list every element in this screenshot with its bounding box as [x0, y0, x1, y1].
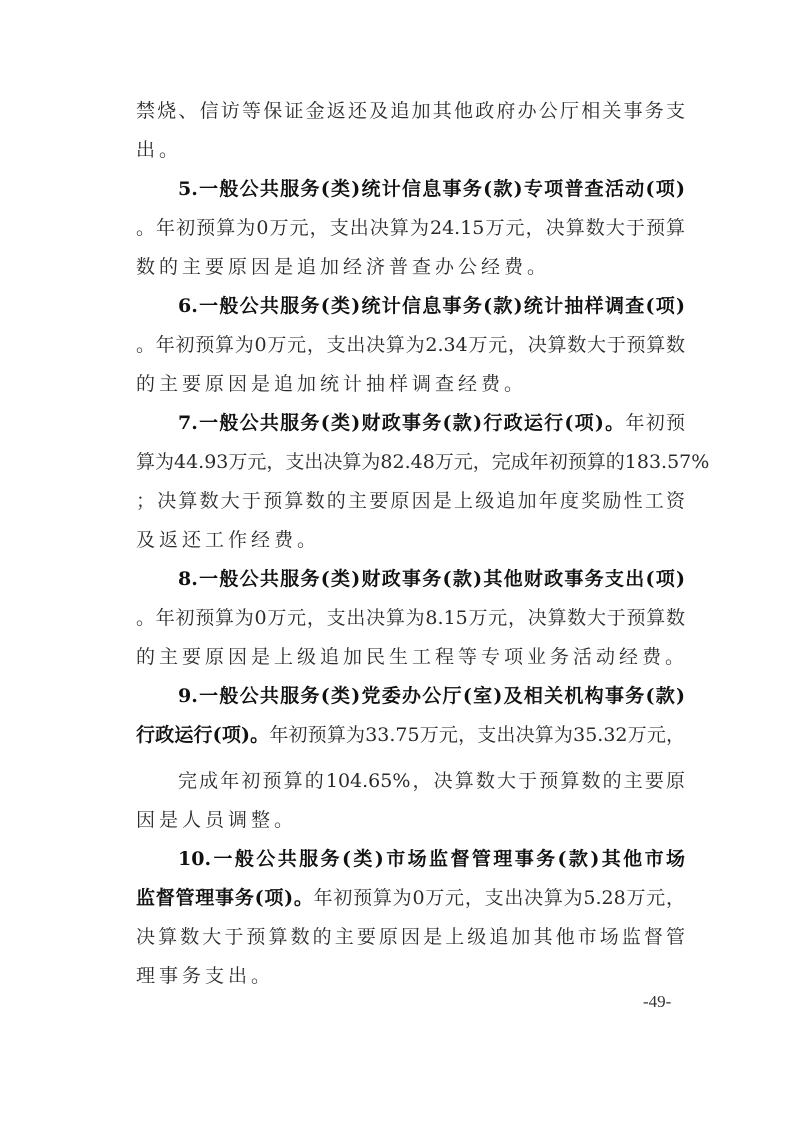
- body-text: ；决算数大于预算数的主要原因是上级追加年度奖励性工资: [136, 490, 685, 512]
- body-text: 数的主要原因是追加经济普查办公经费。: [136, 256, 550, 278]
- body-text: 及返还工作经费。: [136, 529, 320, 551]
- document-page: 禁烧、信访等保证金返还及追加其他政府办公厅相关事务支出。5.一般公共服务(类)统…: [0, 0, 793, 1122]
- text-line: 监督管理事务(项)。年初预算为0万元，支出决算为5.28万元，: [136, 883, 685, 913]
- body-text: 禁烧、信访等保证金返还及追加其他政府办公厅相关事务支: [136, 100, 685, 122]
- text-line: 8.一般公共服务(类)财政事务(款)其他财政事务支出(项): [178, 564, 685, 594]
- text-line: 数的主要原因是追加经济普查办公经费。: [136, 252, 685, 282]
- item-heading: 8.一般公共服务(类)财政事务(款)其他财政事务支出(项): [178, 568, 685, 590]
- text-line: 决算数大于预算数的主要原因是上级追加其他市场监督管: [136, 922, 685, 952]
- text-line: 行政运行(项)。年初预算为33.75万元，支出决算为35.32万元，: [136, 720, 685, 750]
- body-text: 决算数大于预算数的主要原因是上级追加其他市场监督管: [136, 926, 685, 948]
- body-text: 的主要原因是上级追加民生工程等专项业务活动经费。: [136, 646, 688, 668]
- text-line: 。年初预算为0万元，支出决算为24.15万元，决算数大于预算: [136, 213, 685, 243]
- text-line: 出。: [136, 135, 685, 165]
- text-line: 5.一般公共服务(类)统计信息事务(款)专项普查活动(项): [178, 174, 685, 204]
- item-heading: 行政运行(项)。: [136, 724, 269, 746]
- body-text: 。年初预算为0万元，支出决算为2.34万元，决算数大于预算数: [136, 334, 685, 356]
- text-line: 及返还工作经费。: [136, 525, 685, 555]
- item-heading: 7.一般公共服务(类)财政事务(款)行政运行(项)。: [178, 412, 625, 434]
- body-text: 算为44.93万元，支出决算为82.48万元，完成年初预算的183.57%: [136, 451, 709, 473]
- text-line: 的主要原因是上级追加民生工程等专项业务活动经费。: [136, 642, 685, 672]
- text-line: 理事务支出。: [136, 961, 685, 991]
- text-line: 10.一般公共服务(类)市场监督管理事务(款)其他市场: [178, 844, 685, 874]
- body-text: 年初预: [625, 412, 685, 434]
- body-text: 因是人员调整。: [136, 809, 297, 831]
- body-text: 理事务支出。: [136, 965, 274, 987]
- item-heading: 5.一般公共服务(类)统计信息事务(款)专项普查活动(项): [178, 178, 685, 200]
- item-heading: 10.一般公共服务(类)市场监督管理事务(款)其他市场: [178, 848, 685, 870]
- body-text: 完成年初预算的104.65%，决算数大于预算数的主要原: [178, 770, 685, 792]
- text-line: 。年初预算为0万元，支出决算为2.34万元，决算数大于预算数: [136, 330, 685, 360]
- text-line: 禁烧、信访等保证金返还及追加其他政府办公厅相关事务支: [136, 96, 685, 126]
- body-text: 出。: [136, 139, 182, 161]
- body-text: 的主要原因是追加统计抽样调查经费。: [136, 373, 527, 395]
- page-number: -49-: [643, 992, 671, 1012]
- body-text: 。年初预算为0万元，支出决算为8.15万元，决算数大于预算数: [136, 607, 685, 629]
- text-line: 。年初预算为0万元，支出决算为8.15万元，决算数大于预算数: [136, 603, 685, 633]
- item-heading: 9.一般公共服务(类)党委办公厅(室)及相关机构事务(款): [178, 685, 685, 707]
- text-line: 的主要原因是追加统计抽样调查经费。: [136, 369, 685, 399]
- text-line: 完成年初预算的104.65%，决算数大于预算数的主要原: [178, 766, 685, 796]
- body-text: 年初预算为0万元，支出决算为5.28万元，: [314, 887, 685, 909]
- text-line: 因是人员调整。: [136, 805, 685, 835]
- text-line: 7.一般公共服务(类)财政事务(款)行政运行(项)。年初预: [178, 408, 685, 438]
- item-heading: 监督管理事务(项)。: [136, 887, 314, 909]
- body-text: 。年初预算为0万元，支出决算为24.15万元，决算数大于预算: [136, 217, 685, 239]
- text-line: 9.一般公共服务(类)党委办公厅(室)及相关机构事务(款): [178, 681, 685, 711]
- text-line: ；决算数大于预算数的主要原因是上级追加年度奖励性工资: [136, 486, 685, 516]
- item-heading: 6.一般公共服务(类)统计信息事务(款)统计抽样调查(项): [178, 295, 685, 317]
- text-line: 算为44.93万元，支出决算为82.48万元，完成年初预算的183.57%: [136, 447, 685, 477]
- text-line: 6.一般公共服务(类)统计信息事务(款)统计抽样调查(项): [178, 291, 685, 321]
- body-text: 年初预算为33.75万元，支出决算为35.32万元，: [269, 724, 685, 746]
